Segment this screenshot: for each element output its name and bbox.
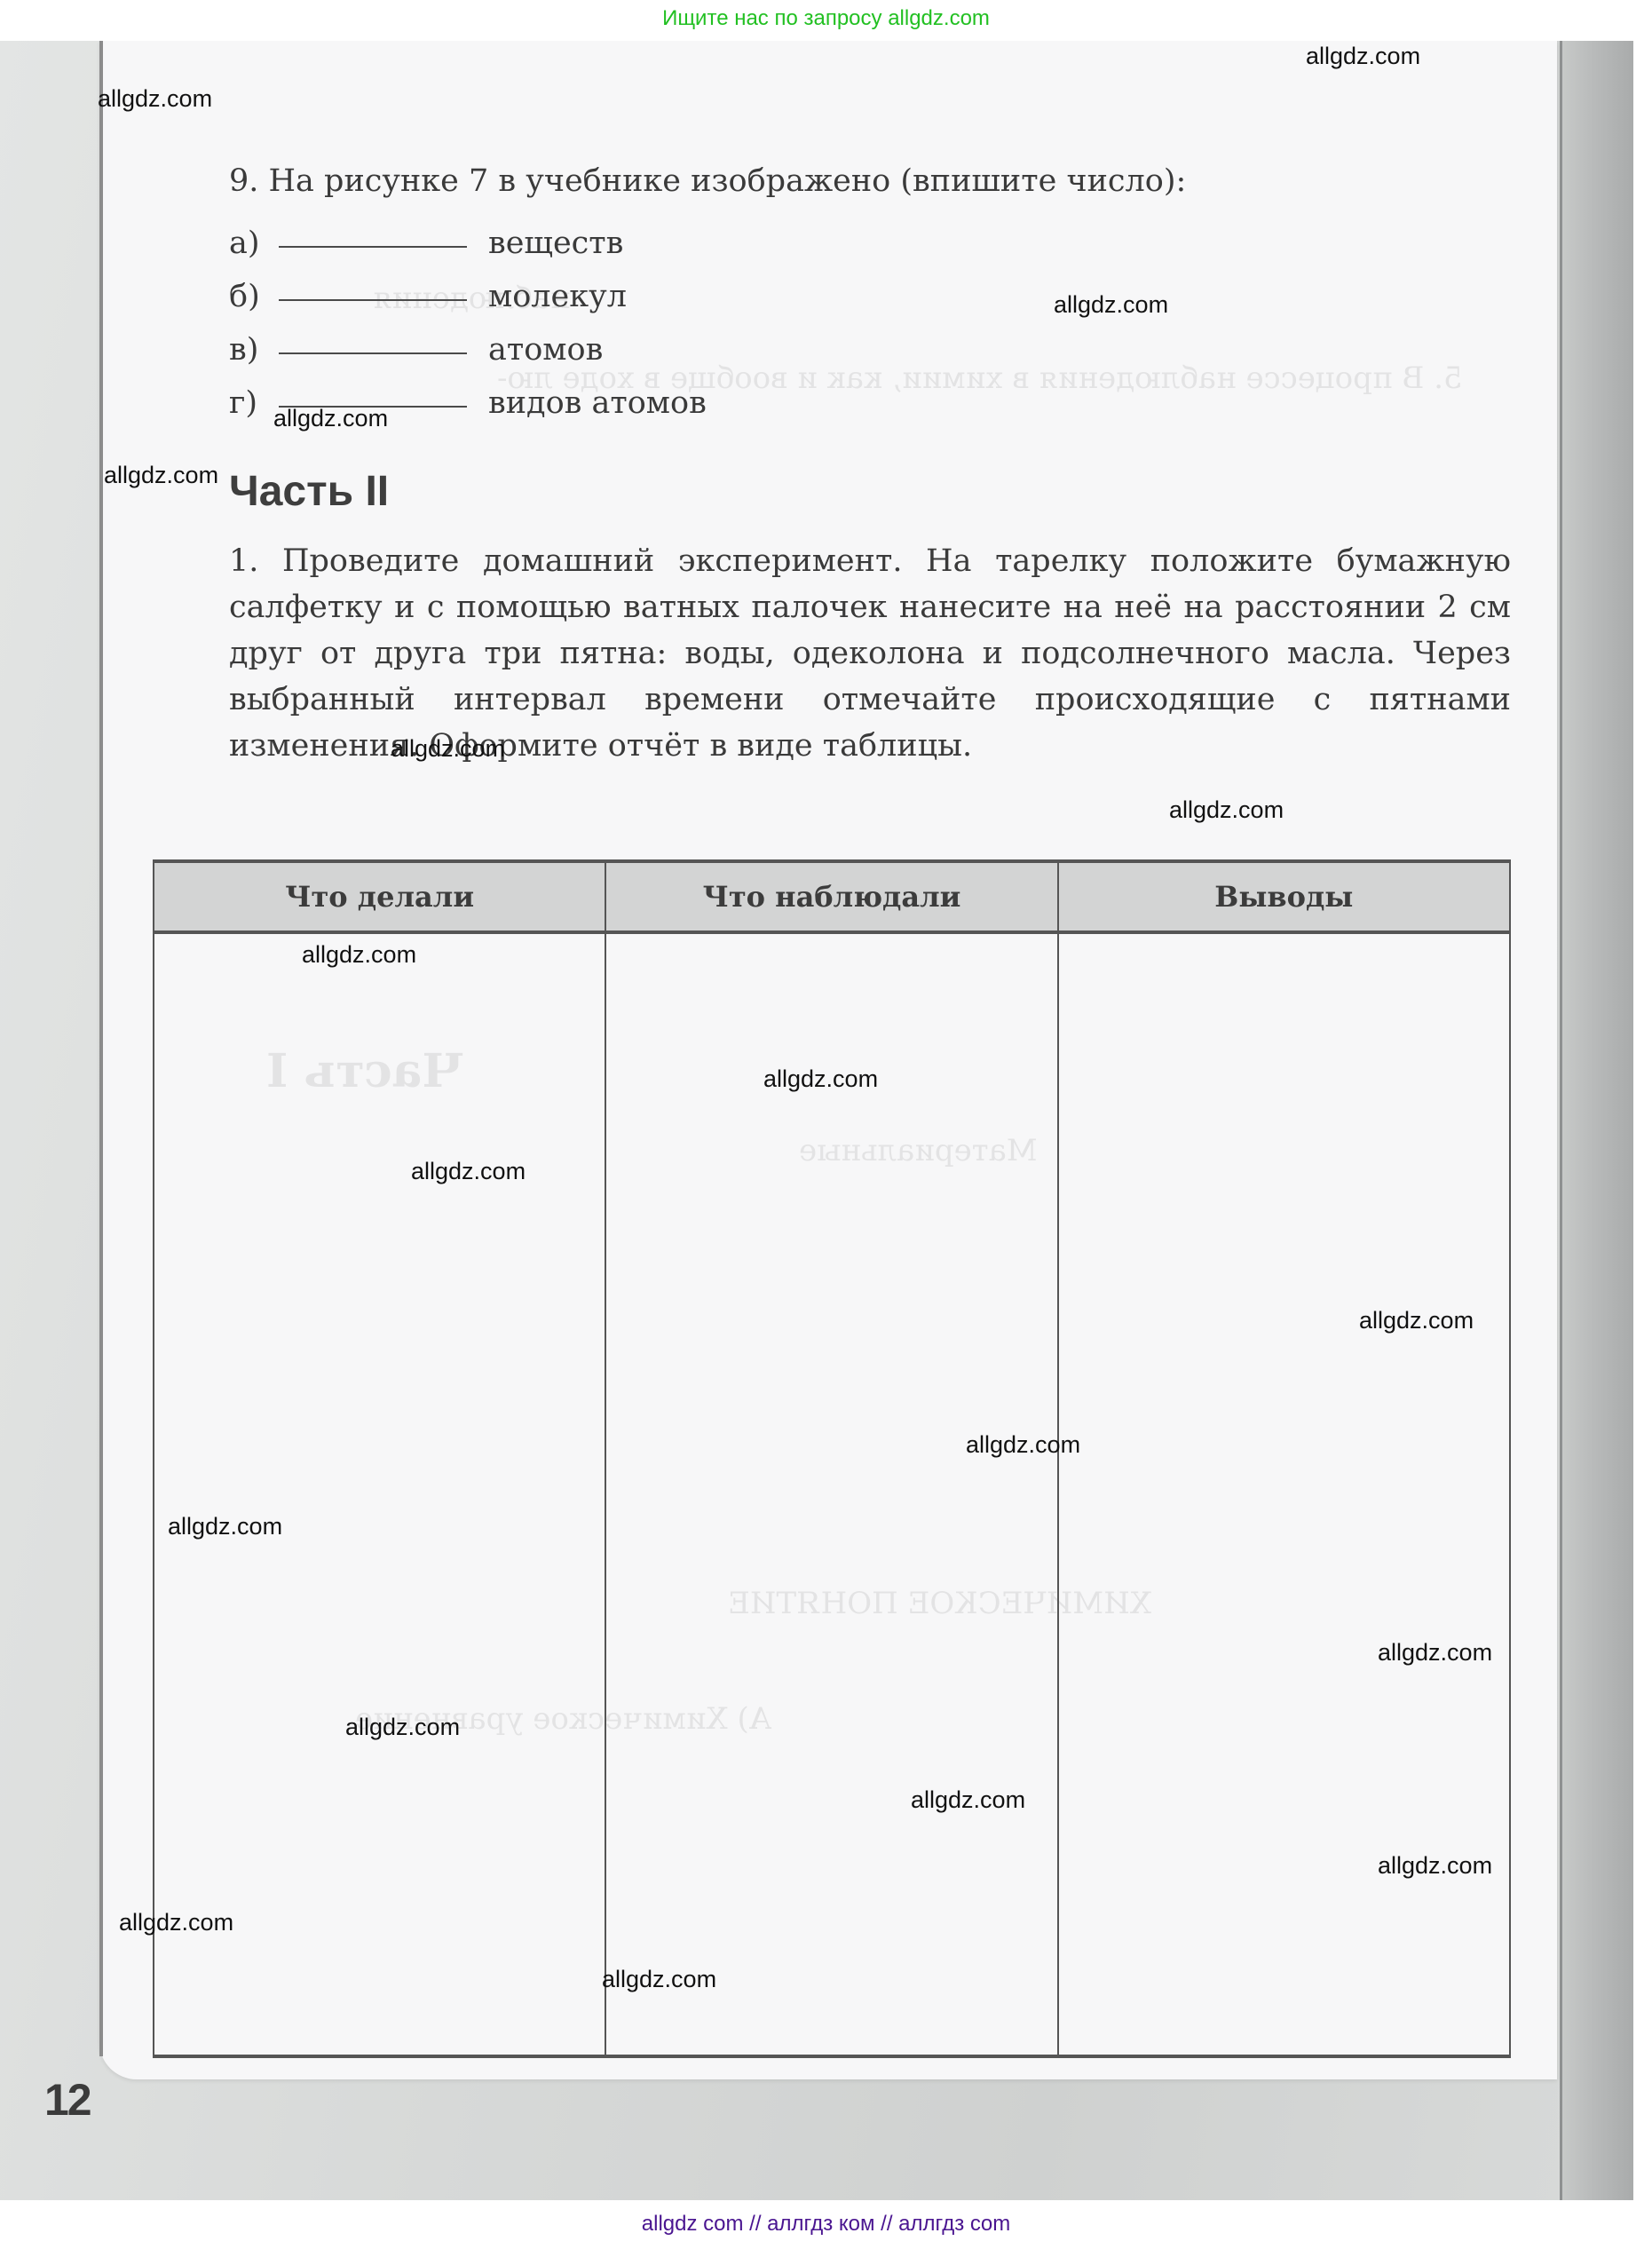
table-header-row: Что делали Что наблюдали Выводы [154,861,1510,932]
watermark: allgdz.com [966,1431,1080,1459]
answer-cell-what-did[interactable] [154,932,605,2056]
watermark: allgdz.com [1169,796,1284,824]
watermark: allgdz.com [911,1786,1025,1814]
answer-cell-observed[interactable] [605,932,1057,2056]
watermark: allgdz.com [1359,1307,1474,1334]
watermark: allgdz.com [1378,1639,1492,1667]
question-9-item-v: в) атомов [229,332,603,368]
item-letter: а) [229,226,273,261]
question-9-item-a: а) веществ [229,226,623,261]
item-label: видов атомов [488,385,707,421]
question-9-item-b: б) молекул [229,279,627,314]
question-9-prompt: 9. На рисунке 7 в учебнике изображено (в… [229,163,1186,199]
watermark: allgdz.com [1306,43,1420,70]
page-number: 12 [44,2074,91,2126]
answer-blank-v[interactable] [279,352,467,354]
item-label: веществ [488,226,623,261]
column-header: Что делали [154,861,605,932]
answer-cell-conclusions[interactable] [1058,932,1510,2056]
table-row [154,932,1510,2056]
column-header: Что наблюдали [605,861,1057,932]
watermark: allgdz.com [1054,291,1168,319]
watermark: allgdz.com [98,85,212,113]
watermark: allgdz.com [345,1714,460,1741]
watermark: allgdz.com [1378,1852,1492,1880]
item-label: молекул [488,279,627,314]
task-1-text: 1. Проведите домашний эксперимент. На та… [229,538,1511,769]
scanned-page-area: наблюдения 5. В процессе наблюдения в хи… [0,41,1633,2200]
watermark: allgdz.com [302,941,416,969]
watermark: allgdz.com [411,1158,526,1185]
column-header: Выводы [1058,861,1510,932]
report-table: Что делали Что наблюдали Выводы [153,859,1511,2058]
item-letter: б) [229,279,273,314]
watermark: allgdz.com [104,462,218,489]
watermark: allgdz.com [119,1909,233,1936]
top-banner[interactable]: Ищите нас по запросу allgdz.com [0,0,1652,39]
bottom-banner[interactable]: allgdz com // аллгдз ком // аллгдз com [0,2202,1652,2249]
item-letter: г) [229,385,273,421]
section-title: Часть II [229,467,389,516]
watermark: allgdz.com [168,1513,282,1540]
item-label: атомов [488,332,603,368]
watermark: allgdz.com [602,1966,716,1993]
item-letter: в) [229,332,273,368]
watermark: allgdz.com [273,405,388,432]
watermark: allgdz.com [763,1065,878,1093]
answer-blank-b[interactable] [279,299,467,301]
watermark: allgdz.com [391,735,505,763]
answer-blank-a[interactable] [279,246,467,248]
